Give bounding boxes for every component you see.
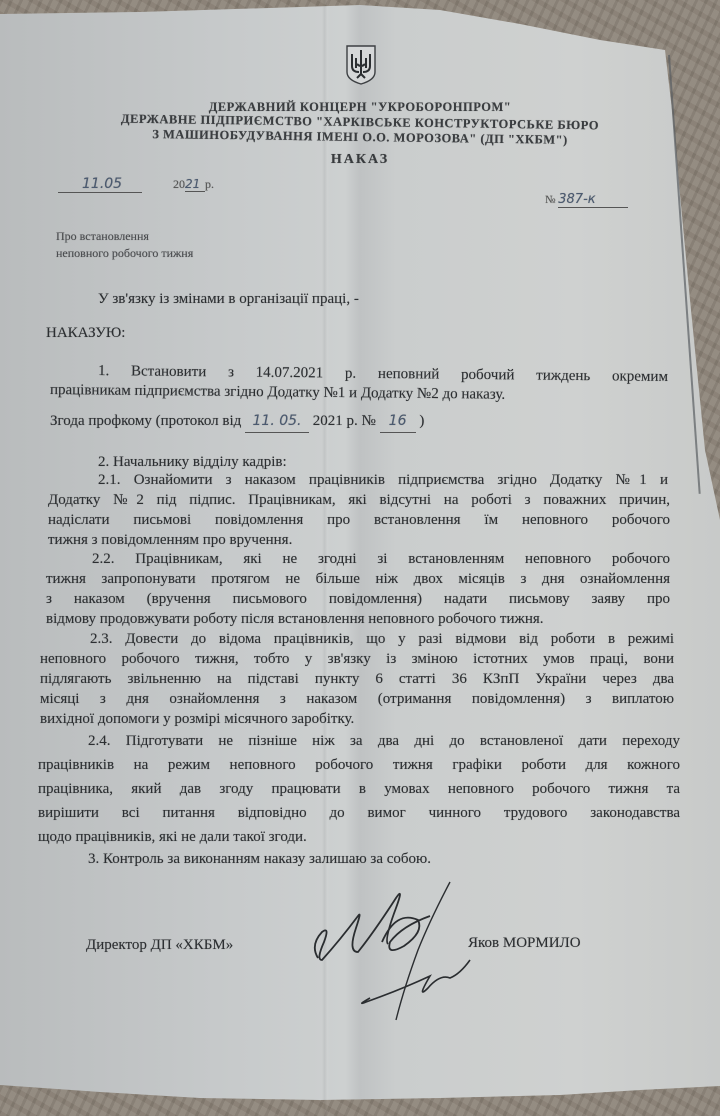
consent-suffix: ) xyxy=(419,413,424,429)
item1-consent: Згода профкому (протокол від 11. 05. 202… xyxy=(50,410,424,433)
handwritten-number: 387-к xyxy=(558,192,628,208)
handwritten-signature-icon xyxy=(300,880,490,1030)
item1-line2: працівникам підприємства згідно Додатку … xyxy=(50,379,630,407)
item2-4-line: 2.4. Підготувати не пізніше ніж за два д… xyxy=(88,730,680,752)
signature-position: Директор ДП «ХКБМ» xyxy=(86,934,233,956)
handwritten-consent-date: 11. 05. xyxy=(245,410,309,433)
subject-line: Про встановлення xyxy=(56,228,193,245)
consent-prefix: Згода профкому (протокол від xyxy=(50,413,241,429)
item2-2-line: 2.2. Працівникам, які не згодні зі встан… xyxy=(92,548,670,570)
item2-4-line: працівника, який дав згоду працювати в у… xyxy=(38,778,680,800)
trident-emblem-icon xyxy=(345,44,377,86)
handwritten-date: 11.05 xyxy=(58,176,142,193)
item2-3-line: неповного робочого тижня, тобто у зв'язк… xyxy=(40,648,674,670)
date-year-prefix: 20 xyxy=(173,177,185,191)
item2-2-line: відмову продовжувати роботу після встано… xyxy=(46,608,544,630)
item2-3-line: 2.3. Довести до відома працівників, що у… xyxy=(90,628,674,650)
item3-control: 3. Контроль за виконанням наказу залишаю… xyxy=(88,848,431,870)
item2-1-line: Додатку №2 під підпис. Працівникам, які … xyxy=(48,489,670,511)
date-suffix: р. xyxy=(205,177,214,191)
order-date: 11.05 2021р. xyxy=(58,176,214,193)
item2-2-line: тижня запропонувати протягом не більше н… xyxy=(46,568,670,590)
order-document: ДЕРЖАВНИЙ КОНЦЕРН "УКРОБОРОНПРОМ" ДЕРЖАВ… xyxy=(0,0,720,1116)
preamble: У зв'язку із змінами в організації праці… xyxy=(98,288,359,310)
item2-4-line: працівників на режим неповного робочого … xyxy=(38,754,680,776)
subject-line: неповного робочого тижня xyxy=(56,245,193,262)
number-label: № xyxy=(545,194,556,206)
consent-year: 2021 р. № xyxy=(313,413,376,429)
order-word: НАКАЗУЮ: xyxy=(46,322,125,344)
item2-1-line: 2.1. Ознайомити з наказом працівників пі… xyxy=(98,469,668,491)
item2-1-line: надіслати письмові повідомлення про вста… xyxy=(48,509,670,531)
document-title: НАКАЗ xyxy=(0,152,720,168)
item2-3-line: вихідної допомоги у розмірі місячного за… xyxy=(40,708,354,730)
order-subject: Про встановлення неповного робочого тижн… xyxy=(56,228,193,262)
item2-3-line: підлягають звільненню на підставі пункту… xyxy=(40,668,674,690)
item2-2-line: з наказом (вручення письмового повідомле… xyxy=(46,588,670,610)
item2-3-line: місяці з дня ознайомлення з наказом (отр… xyxy=(40,688,674,710)
item2-4-line: вирішити всі питання відповідно до вимог… xyxy=(38,802,680,824)
handwritten-year: 21 xyxy=(185,177,205,192)
item2-4-line: щодо працівників, які не дали такої згод… xyxy=(38,826,307,848)
handwritten-protocol-number: 16 xyxy=(380,410,416,433)
order-number: № 387-к xyxy=(545,192,628,208)
